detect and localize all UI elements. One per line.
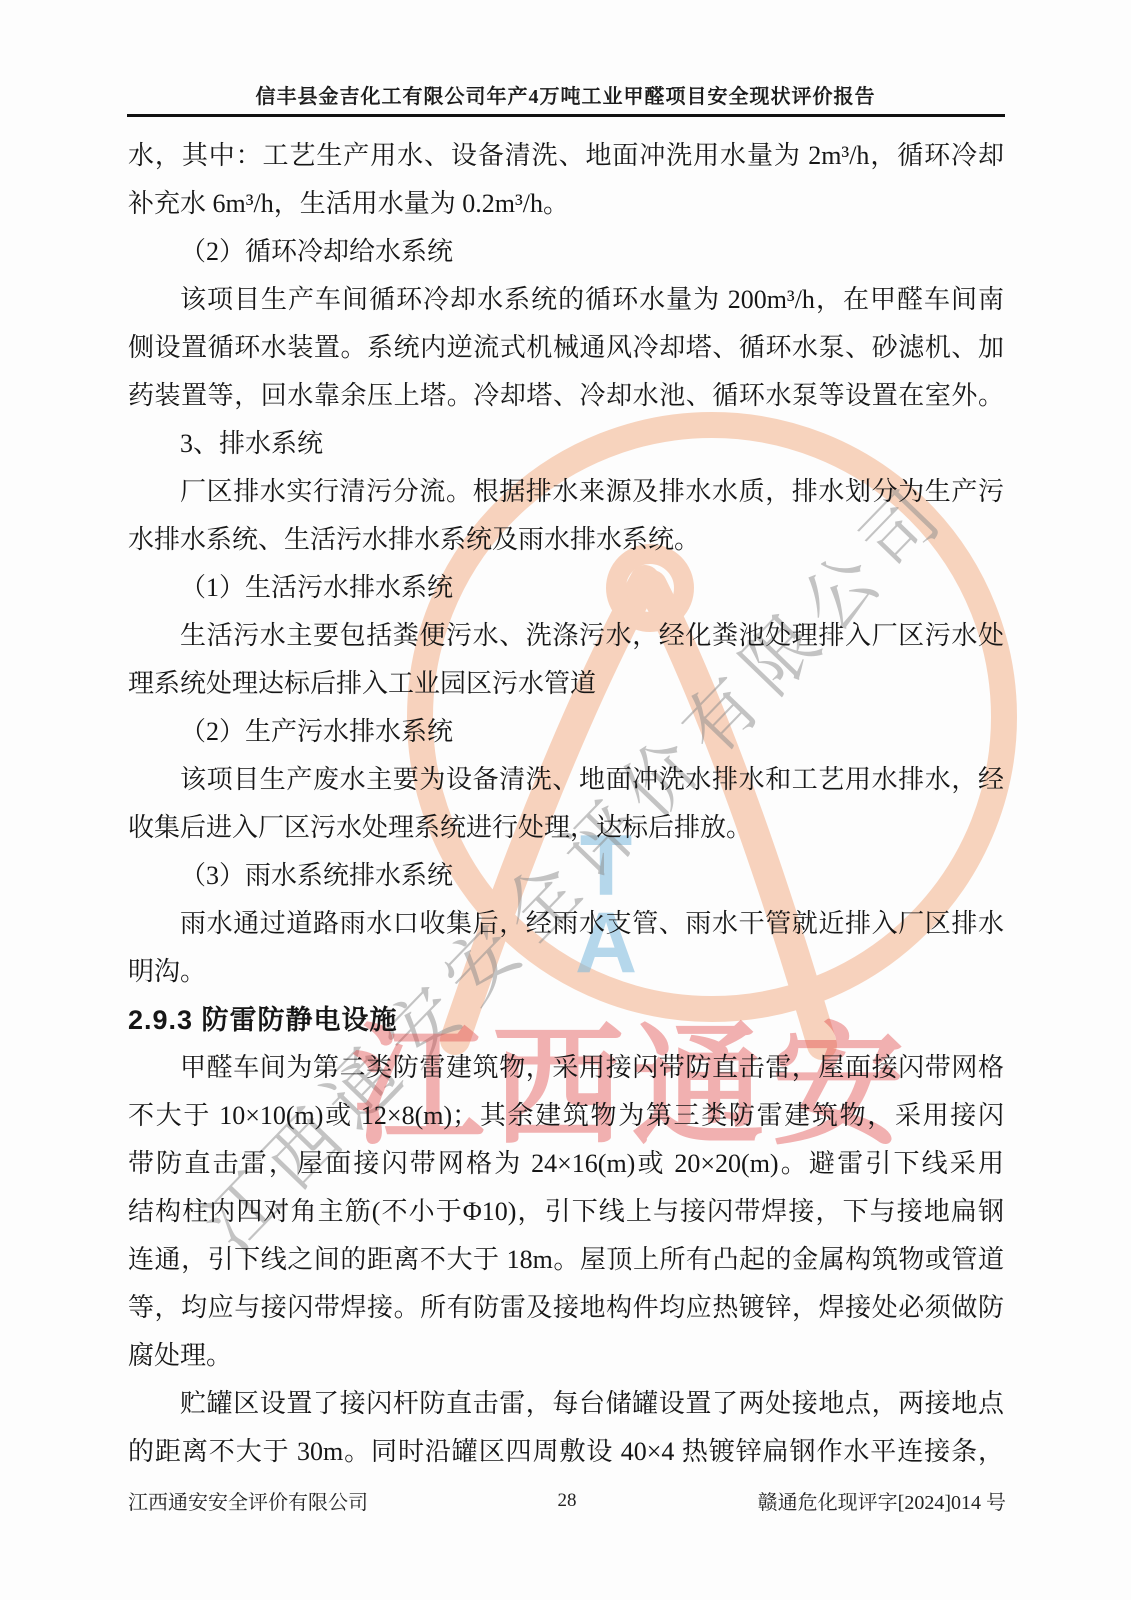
body-line: （3）雨水系统排水系统 — [128, 852, 1004, 900]
header-divider-rule — [127, 114, 1005, 117]
body-line: 水，其中：工艺生产用水、设备清洗、地面冲洗用水量为 2m³/h，循环冷却 — [128, 132, 1004, 180]
body-line: 该项目生产废水主要为设备清洗、地面冲洗水排水和工艺用水排水，经 — [128, 756, 1004, 804]
body-line: 不大于 10×10(m)或 12×8(m)；其余建筑物为第三类防雷建筑物，采用接… — [128, 1092, 1004, 1140]
body-line: 的距离不大于 30m。同时沿罐区四周敷设 40×4 热镀锌扁钢作水平连接条， — [128, 1428, 1004, 1476]
document-page: T A 江西通安安全评价有限公司 江西通安 信丰县金吉化工有限公司年产4万吨工业… — [0, 0, 1131, 1600]
page-footer: 江西通安安全评价有限公司 28 赣通危化现评字[2024]014 号 — [128, 1486, 1006, 1520]
body-line: 水排水系统、生活污水排水系统及雨水排水系统。 — [128, 516, 1004, 564]
body-line: 带防直击雷，屋面接闪带网格为 24×16(m)或 20×20(m)。避雷引下线采… — [128, 1140, 1004, 1188]
body-line: 该项目生产车间循环冷却水系统的循环水量为 200m³/h，在甲醛车间南 — [128, 276, 1004, 324]
body-line: （2）生产污水排水系统 — [128, 708, 1004, 756]
footer-company-name: 江西通安安全评价有限公司 — [128, 1486, 368, 1515]
body-line: 药装置等，回水靠余压上塔。冷却塔、冷却水池、循环水泵等设置在室外。 — [128, 372, 1004, 420]
body-line: 生活污水主要包括粪便污水、洗涤污水，经化粪池处理排入厂区污水处 — [128, 612, 1004, 660]
body-line: 厂区排水实行清污分流。根据排水来源及排水水质，排水划分为生产污 — [128, 468, 1004, 516]
body-line: 结构柱内四对角主筋(不小于Φ10)，引下线上与接闪带焊接，下与接地扁钢 — [128, 1188, 1004, 1236]
body-line: （2）循环冷却给水系统 — [128, 228, 1004, 276]
body-line: （1）生活污水排水系统 — [128, 564, 1004, 612]
body-line: 明沟。 — [128, 948, 1004, 996]
body-line: 等，均应与接闪带焊接。所有防雷及接地构件均应热镀锌，焊接处必须做防 — [128, 1284, 1004, 1332]
footer-doc-number: 赣通危化现评字[2024]014 号 — [758, 1486, 1006, 1515]
page-header-title: 信丰县金吉化工有限公司年产4万吨工业甲醛项目安全现状评价报告 — [0, 80, 1131, 109]
body-line: 补充水 6m³/h，生活用水量为 0.2m³/h。 — [128, 180, 1004, 228]
document-body: 水，其中：工艺生产用水、设备清洗、地面冲洗用水量为 2m³/h，循环冷却补充水 … — [128, 132, 1004, 1476]
body-line: 理系统处理达标后排入工业园区污水管道 — [128, 660, 1004, 708]
body-line: 雨水通过道路雨水口收集后，经雨水支管、雨水干管就近排入厂区排水 — [128, 900, 1004, 948]
footer-page-number: 28 — [558, 1490, 577, 1512]
body-line: 3、排水系统 — [128, 420, 1004, 468]
body-line: 贮罐区设置了接闪杆防直击雷，每台储罐设置了两处接地点，两接地点 — [128, 1380, 1004, 1428]
body-line: 侧设置循环水装置。系统内逆流式机械通风冷却塔、循环水泵、砂滤机、加 — [128, 324, 1004, 372]
body-line: 甲醛车间为第二类防雷建筑物，采用接闪带防直击雷，屋面接闪带网格 — [128, 1044, 1004, 1092]
body-line: 连通，引下线之间的距离不大于 18m。屋顶上所有凸起的金属构筑物或管道 — [128, 1236, 1004, 1284]
body-line: 腐处理。 — [128, 1332, 1004, 1380]
section-heading: 2.9.3 防雷防静电设施 — [128, 996, 1004, 1044]
body-line: 收集后进入厂区污水处理系统进行处理，达标后排放。 — [128, 804, 1004, 852]
